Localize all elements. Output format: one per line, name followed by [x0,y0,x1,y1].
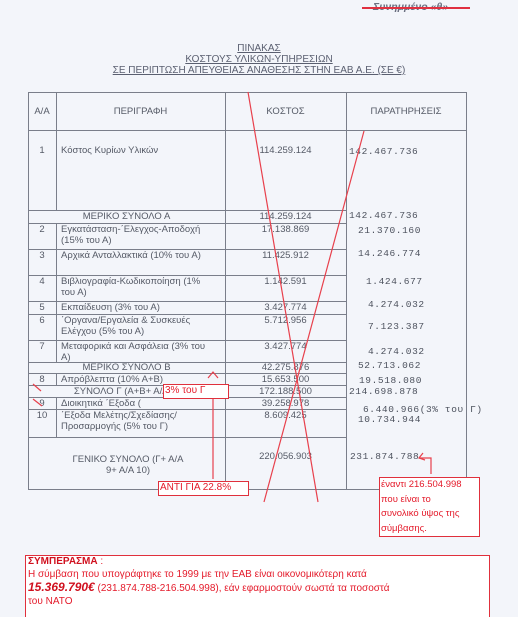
row9-percent-overlay: 3% του Γ [163,384,229,399]
table-row-1-cost: 114.259.124 [225,145,346,156]
conclusion-box: ΣΥΜΠΕΡΑΣΜΑ : Η σύμβαση που υπογράφτηκε τ… [25,555,490,617]
table-row-1-description: Κόστος Κυρίων Υλικών [61,145,225,156]
table-row-4-remarks: 1.424.677 [366,276,423,287]
subtotal-b-label: ΜΕΡΙΚΟ ΣΥΝΟΛΟ Β [28,362,225,373]
table-row-4-aa: 4 [28,276,56,287]
table-row-8-aa: 8 [28,374,56,385]
table-row-10-description: ΄Εξοδα Μελέτης/Σχεδίασης/ Προσαρμογής (5… [61,410,211,432]
table-row-5-remarks: 4.274.032 [368,299,425,310]
total-g-cost: 172.188.500 [225,386,346,397]
table-row-2-aa: 2 [28,224,56,235]
table-row-7-description: Μεταφορικά και Ασφάλεια (3% του Α) [61,341,211,363]
doc-title-line-2: ΚΟΣΤΟΥΣ ΥΛΙΚΩΝ-ΥΠΗΡΕΣΙΩΝ [0,54,518,65]
subtotal-a-cost: 114.259.124 [225,211,346,222]
table-row-8-cost: 15.653.500 [225,374,346,385]
table-row-2-description: Εγκατάσταση-΄Ελεγχος-Αποδοχή (15% του Α) [61,224,225,246]
subtotal-a-remarks: 142.467.736 [349,210,418,221]
remark-note-line-4: σύμβασης. [381,522,479,537]
table-row-3-aa: 3 [28,250,56,261]
conclusion-line-2: (231.874.788-216.504.998), εάν εφαρμοστο… [95,583,390,594]
total-g-remarks: 214.698.878 [349,386,418,397]
col-header-cost: ΚΟΣΤΟΣ [225,106,346,117]
table-row-3-remarks: 14.246.774 [358,248,421,259]
remark-note-line-2: που είναι το [381,493,479,508]
table-row-5-aa: 5 [28,302,56,313]
table-row-2-cost: 17.138.869 [225,224,346,235]
grand-total-label: ΓΕΝΙΚΟ ΣΥΝΟΛΟ (Γ+ Α/Α 9+ Α/Α 10) [68,454,188,476]
table-row-10-aa: 10 [28,410,56,421]
table-row-3-cost: 11.425.912 [225,250,346,261]
table-row-8-remarks: 19.518.080 [359,375,422,386]
table-row-4-description: Βιβλιογραφία-Κωδικοποίηση (1% του Α) [61,276,211,298]
conclusion-line-1: Η σύμβαση που υπογράφτηκε το 1999 με την… [28,569,487,582]
remark-note-line-1: έναντι 216.504.998 [381,478,479,493]
grand-total-cost: 220.056.903 [225,451,346,462]
doc-title-line-1: ΠΙΝΑΚΑΣ [0,43,518,54]
table-row-1-aa: 1 [28,145,56,156]
table-row-1-remarks: 142.467.736 [349,146,418,157]
doc-title-line-3: ΣΕ ΠΕΡΙΠΤΩΣΗ ΑΠΕΥΘΕΙΑΣ ΑΝΑΘΕΣΗΣ ΣΤΗΝ ΕΑΒ… [0,65,518,76]
conclusion-label: ΣΥΜΠΕΡΑΣΜΑ [28,556,98,567]
subtotal-b-cost: 42.275.876 [225,362,346,373]
table-row-7-cost: 3.427.774 [225,341,346,352]
conclusion-line-3: του ΝΑΤΟ [28,596,487,609]
table-row-10-remarks: 10.734.944 [358,414,421,425]
table-row-6-description: ΄Οργανα/Εργαλεία & Συσκευές Ελέγχου (5% … [61,315,221,337]
col-header-aa: Α/Α [28,106,56,117]
table-row-6-aa: 6 [28,315,56,326]
table-row-6-cost: 5.712.956 [225,315,346,326]
table-row-9-aa: 9 [28,398,56,409]
table-row-9-description: Διοικητικά ΄Εξοδα ( [61,398,225,409]
grand-total-remarks: 231.874.788 [350,451,419,462]
table-row-2-remarks: 21.370.160 [358,225,421,236]
conclusion-label-suffix: : [98,556,104,567]
remark-note: έναντι 216.504.998 που είναι το συνολικό… [379,477,480,537]
table-row-6-remarks: 7.123.387 [368,321,425,332]
col-header-remarks: ΠΑΡΑΤΗΡΗΣΕΙΣ [346,106,466,117]
conclusion-amount: 15.369.790€ [28,580,95,594]
col-header-description: ΠΕΡΙΓΡΑΦΗ [56,106,225,117]
table-row-5-cost: 3.427.774 [225,302,346,313]
table-row-7-remarks: 4.274.032 [368,346,425,357]
table-row-4-cost: 1.142.591 [225,276,346,287]
instead-of-note: ΑΝΤΙ ΓΙΑ 22.8% [158,481,249,496]
table-row-9-cost: 39.258.978 [225,398,346,409]
subtotal-a-label: ΜΕΡΙΚΟ ΣΥΝΟΛΟ Α [28,211,225,222]
remark-note-line-3: συνολικό ύψος της [381,507,479,522]
table-row-3-description: Αρχικά Ανταλλακτικά (10% του Α) [61,250,211,261]
subtotal-b-remarks: 52.713.062 [358,360,421,371]
cost-table: Α/Α ΠΕΡΙΓΡΑΦΗ ΚΟΣΤΟΣ ΠΑΡΑΤΗΡΗΣΕΙΣ 1 Κόστ… [28,92,467,490]
annex-strikethrough [362,7,470,9]
table-row-5-description: Εκπαίδευση (3% του Α) [61,302,225,313]
table-row-10-cost: 8.609.425 [225,410,346,421]
table-row-7-aa: 7 [28,341,56,352]
